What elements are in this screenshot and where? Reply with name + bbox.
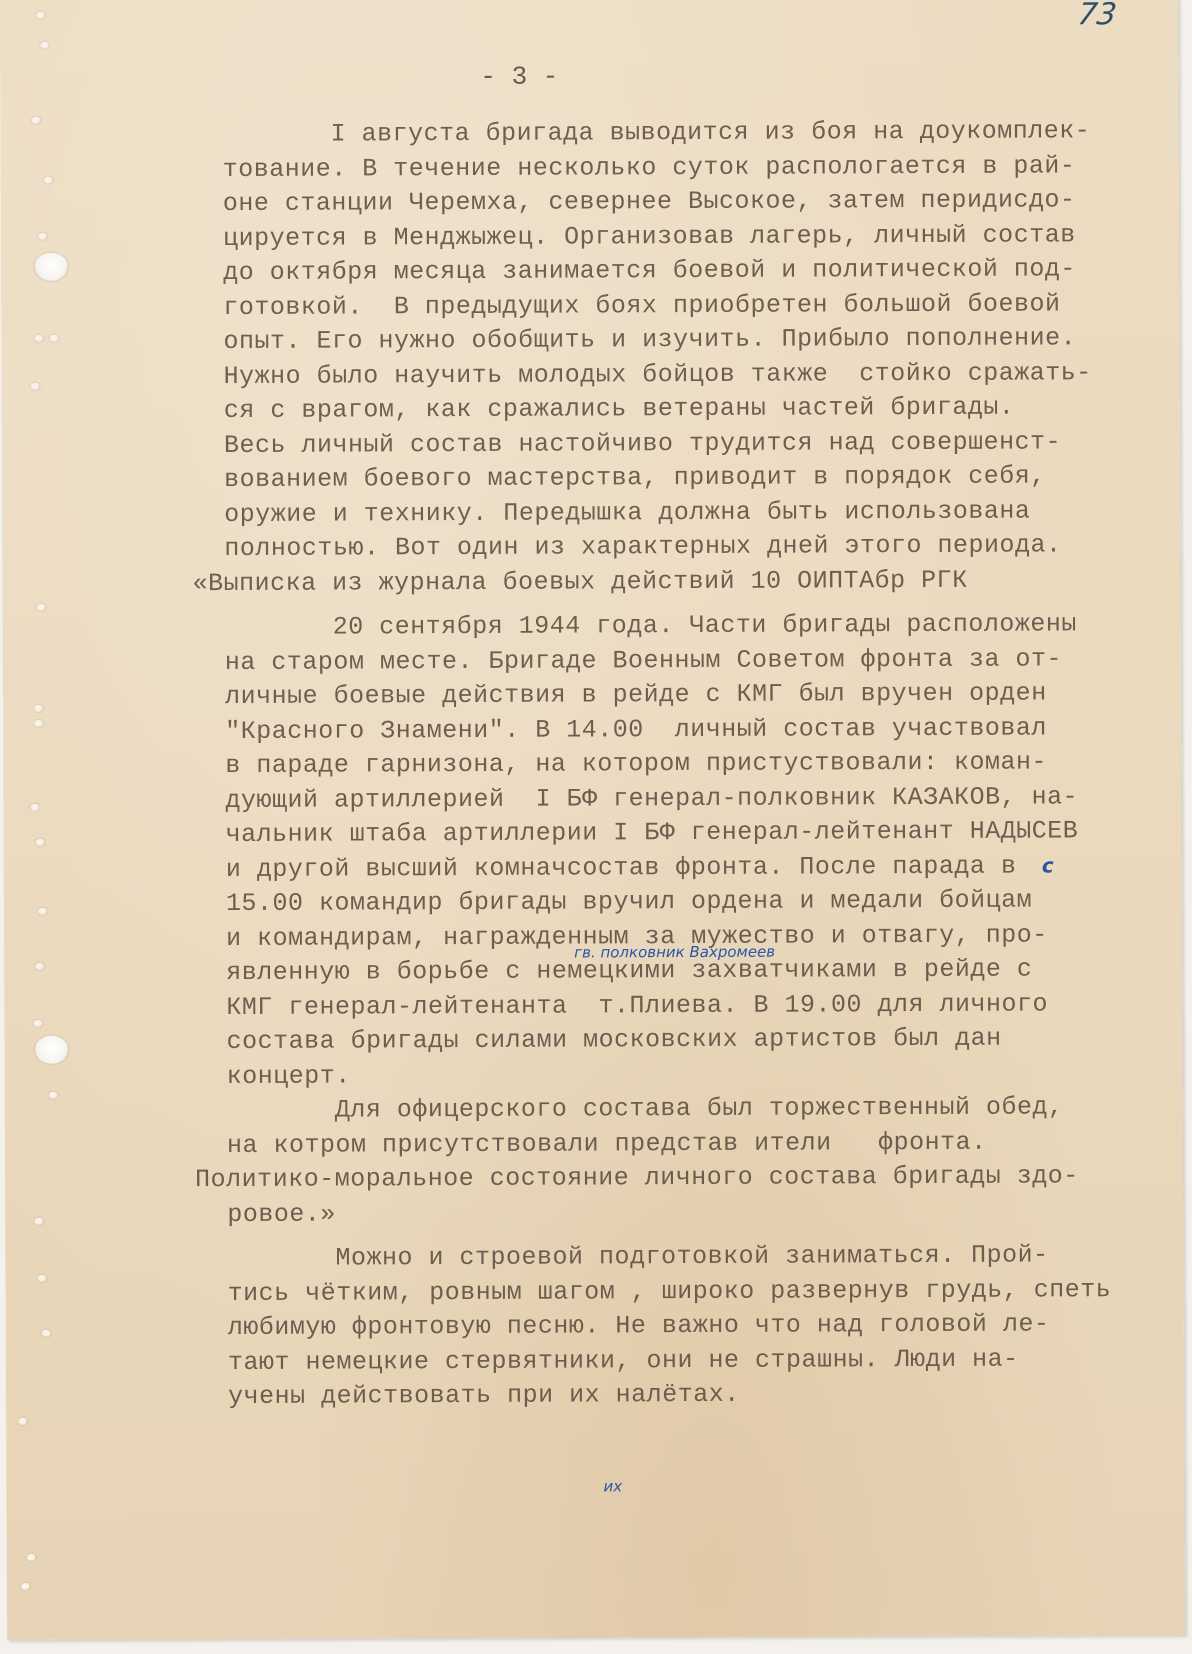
text-line: 20 сентября 1944 года. Части бригады рас… [333,611,1077,639]
handwritten-correction: с [1042,853,1054,877]
text-line: на котром присутствовали представ ители … [227,1129,987,1157]
binder-hole [34,253,68,281]
punch-hole [44,177,53,184]
binder-hole [35,1036,69,1064]
text-line: тись чётким, ровным шагом , широко разве… [228,1277,1112,1306]
folio-number: 73 [1076,0,1119,32]
punch-hole [34,705,43,712]
punch-hole [37,604,46,611]
punch-hole [42,1330,51,1337]
text-line: Нужно было научить молодых бойцов также … [224,360,1092,389]
punch-hole [34,720,43,727]
text-line: Политико-моральное состояние личного сос… [195,1163,1079,1192]
text-line: опыт. Его нужно обобщить и изучить. Приб… [223,325,1076,354]
document-page: 73 - 3 - I августа бригада выводится из … [0,0,1185,1640]
text-line: состава бригады силами московских артист… [226,1026,1001,1054]
punch-hole [40,42,49,49]
punch-hole [18,1418,27,1425]
text-line: тование. В течение несколько суток распо… [223,153,1076,182]
punch-hole [21,1583,30,1590]
punch-hole [31,804,40,811]
handwritten-insertion: гв. полковник Вахромеев [574,943,775,962]
punch-hole [38,1275,47,1282]
text-line: на старом месте. Бригаде Военным Советом… [225,646,1062,675]
text-line: чальник штаба артиллерии I БФ генерал-ле… [226,818,1079,847]
punch-hole [27,1554,36,1561]
text-line: цируется в Менджыжец. Организовав лагерь… [223,222,1076,251]
text-line: готовкой. В предыдущих боях приобретен б… [223,291,1060,320]
text-line: учены действовать при их налётах. [228,1382,740,1409]
punch-hole [35,963,44,970]
punch-hole [49,1092,58,1099]
text-line: I августа бригада выводится из боя на до… [331,118,1091,146]
text-line: Весь личный состав настойчиво трудится н… [224,429,1061,458]
text-line: вованием боевого мастерства, приводит в … [224,463,1046,492]
text-line: КМГ генерал-лейтенанта т.Плиева. В 19.00… [226,991,1048,1020]
text-line: ся с врагом, как сражались ветераны част… [224,395,1015,423]
punch-hole [34,1218,43,1225]
text-line: оружие и технику. Передышка должна быть … [224,498,1030,527]
punch-hole [49,335,58,342]
punch-hole [31,383,40,390]
text-line: и другой высший комначсостав фронта. Пос… [226,853,1017,881]
text-line: тают немецкие стервятники, они не страшн… [228,1346,1019,1374]
text-line: «Выписка из журнала боевых действий 10 О… [192,567,967,595]
punch-hole [38,908,47,915]
text-line: ровое.» [227,1201,336,1226]
handwritten-insertion: их [603,1477,622,1495]
punch-hole [34,335,43,342]
punch-hole [36,839,45,846]
text-line: дующий артиллерией I БФ генерал-полковни… [225,784,1078,813]
text-line: полностью. Вот один из характерных дней … [224,532,1061,561]
text-line: в параде гарнизона, на котором пристуств… [225,749,1047,778]
text-line: Для офицерского состава был торжественны… [335,1094,1064,1122]
text-line: концерт. [227,1063,351,1089]
text-line: любимую фронтовую песню. Не важно что на… [228,1311,1050,1340]
punch-hole [32,117,41,124]
text-line: до октября месяца занимается боевой и по… [223,256,1076,285]
text-line: 15.00 командир бригады вручил ордена и м… [226,888,1032,917]
page-number: - 3 - [480,62,558,92]
text-line: "Красного Знамени". В 14.00 личный соста… [225,715,1047,744]
punch-hole [33,1020,42,1027]
text-line: оне станции Черемха, севернее Высокое, з… [223,187,1076,216]
text-line: личные боевые действия в рейде с КМГ был… [225,680,1047,709]
text-line: Можно и строевой подготовкой заниматься.… [335,1242,1048,1270]
punch-hole [38,233,47,240]
punch-hole [36,12,45,19]
